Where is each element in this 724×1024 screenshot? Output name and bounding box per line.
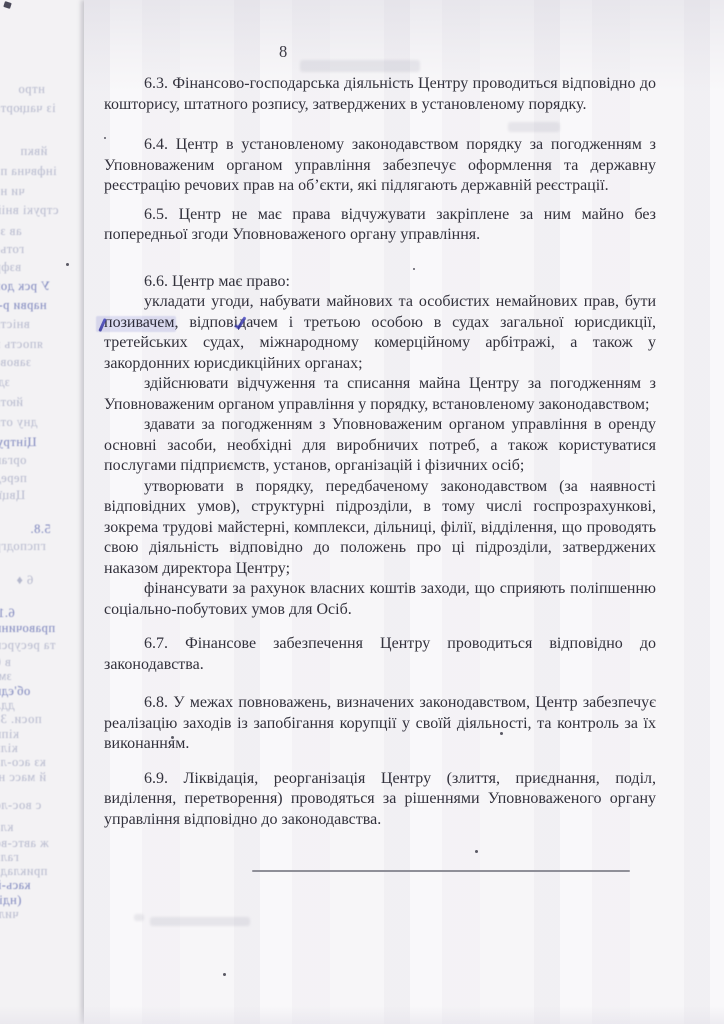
section-6-6-item-2: здійснювати відчуження та списання майна… [104, 374, 656, 415]
scan-speck [66, 263, 69, 266]
document-body: 6.3. Фінансово-господарська діяльність Ц… [104, 74, 656, 830]
bleed-text-fragment: струкі вній [0, 203, 58, 218]
bleed-text-fragment: кась-й [0, 878, 31, 893]
bleed-text-fragment: змі [0, 669, 12, 684]
bleed-text-fragment: зд. [0, 375, 10, 390]
bleed-text-fragment: правочини [0, 621, 55, 636]
section-6-6-item-5: фінансувати за рахунок власних коштів за… [104, 579, 656, 620]
bleed-text-fragment: перед [0, 471, 27, 486]
bleed-text-fragment: взфр [0, 260, 21, 275]
section-6-9: 6.9. Ліквідація, реорганізація Центру (з… [104, 769, 656, 831]
section-6-6-item-4: утворювати в порядку, передбаченому зако… [104, 477, 656, 580]
bleed-text-fragment: йють [0, 395, 23, 410]
bleed-text-fragment: кла [0, 820, 13, 835]
bleed-text-fragment: вність [0, 317, 30, 332]
bleed-text-fragment: нтро [18, 82, 45, 97]
bleed-text-fragment: чилі [0, 907, 19, 922]
bleed-through-layer: нтроіз чацюртайвкпінфвчна пачи неструкі … [0, 0, 84, 1024]
scan-smudge [150, 917, 250, 926]
section-6-8: 6.8. У межах повноважень, визначених зак… [104, 693, 656, 755]
scan-smudge [134, 914, 144, 921]
bleed-text-fragment: Цінтру. [0, 435, 37, 450]
bleed-text-fragment: орган [0, 453, 26, 468]
scan-speck [223, 973, 226, 976]
bleed-text-fragment: кіпи [0, 727, 19, 742]
section-6-6-item-1: укладати угоди, набувати майнових та осо… [104, 292, 656, 374]
scan-speck [171, 736, 174, 739]
scanned-document-page: { "document": { "page_number": "8", "sec… [0, 0, 724, 1024]
section-6-7: 6.7. Фінансове забезпечення Центру прово… [104, 634, 656, 675]
bleed-text-fragment: із чацюрта [0, 101, 56, 116]
bleed-text-fragment: 6.1. [0, 606, 15, 621]
bleed-text-fragment: япость в [0, 337, 43, 352]
bleed-text-fragment: та ресурси [0, 638, 56, 653]
bleed-text-fragment: поси. За [0, 712, 42, 727]
bleed-text-fragment: кілв [0, 741, 18, 756]
bleed-text-fragment: гпсподгр [0, 539, 46, 554]
bleed-text-fragment: чи не [0, 184, 25, 199]
section-6-5: 6.5. Центр не має права відчужувати закр… [104, 205, 656, 246]
scan-speck [104, 137, 106, 139]
bleed-text-fragment: (нді) [0, 893, 21, 908]
bleed-text-fragment: кз асо-ла [0, 755, 46, 770]
bleed-text-fragment: ав за [0, 224, 22, 239]
bleed-text-fragment: галь [0, 850, 19, 865]
bleed-text-fragment: ддл [0, 698, 14, 713]
bleed-text-fragment: йвкп [20, 144, 47, 159]
bleed-text-fragment: с вос-ло [0, 798, 41, 813]
bleed-text-fragment: й масс ні [0, 770, 46, 785]
bleed-text-fragment: ж автс-во [0, 836, 49, 851]
bleed-text-fragment: дну оть [0, 415, 37, 430]
section-6-6-item-3: здавати за погодженням з Уповноваженим о… [104, 415, 656, 477]
bleed-text-fragment: завове [0, 355, 31, 370]
bleed-text-fragment: 6 ♦ [16, 573, 33, 588]
bleed-text-fragment: Цвцït [0, 488, 25, 503]
scan-speck [413, 268, 415, 270]
scan-smudge [300, 60, 420, 72]
scan-smudge [508, 122, 560, 132]
bleed-text-fragment: готьс [0, 242, 24, 257]
page-number: 8 [279, 42, 288, 62]
bleed-text-fragment: 5.8. [30, 522, 51, 537]
section-6-3: 6.3. Фінансово-господарська діяльність Ц… [104, 74, 656, 115]
section-6-4: 6.4. Центр в установленому законодавство… [104, 135, 656, 197]
bleed-text-fragment: приклада [0, 864, 47, 879]
bleed-text-fragment: об'єдн [0, 684, 30, 699]
scan-speck [475, 850, 478, 853]
scan-speck [500, 732, 503, 735]
bleed-text-fragment: інфвчна па [0, 164, 57, 179]
separator-line [252, 870, 630, 872]
bleed-text-fragment: нарви р-і [0, 298, 47, 313]
blue-ink-tint [96, 316, 176, 332]
bleed-text-fragment: в б [0, 655, 11, 670]
bleed-text-fragment: У рск дов [0, 279, 50, 294]
section-6-6-heading: 6.6. Центр має право: [104, 272, 656, 293]
